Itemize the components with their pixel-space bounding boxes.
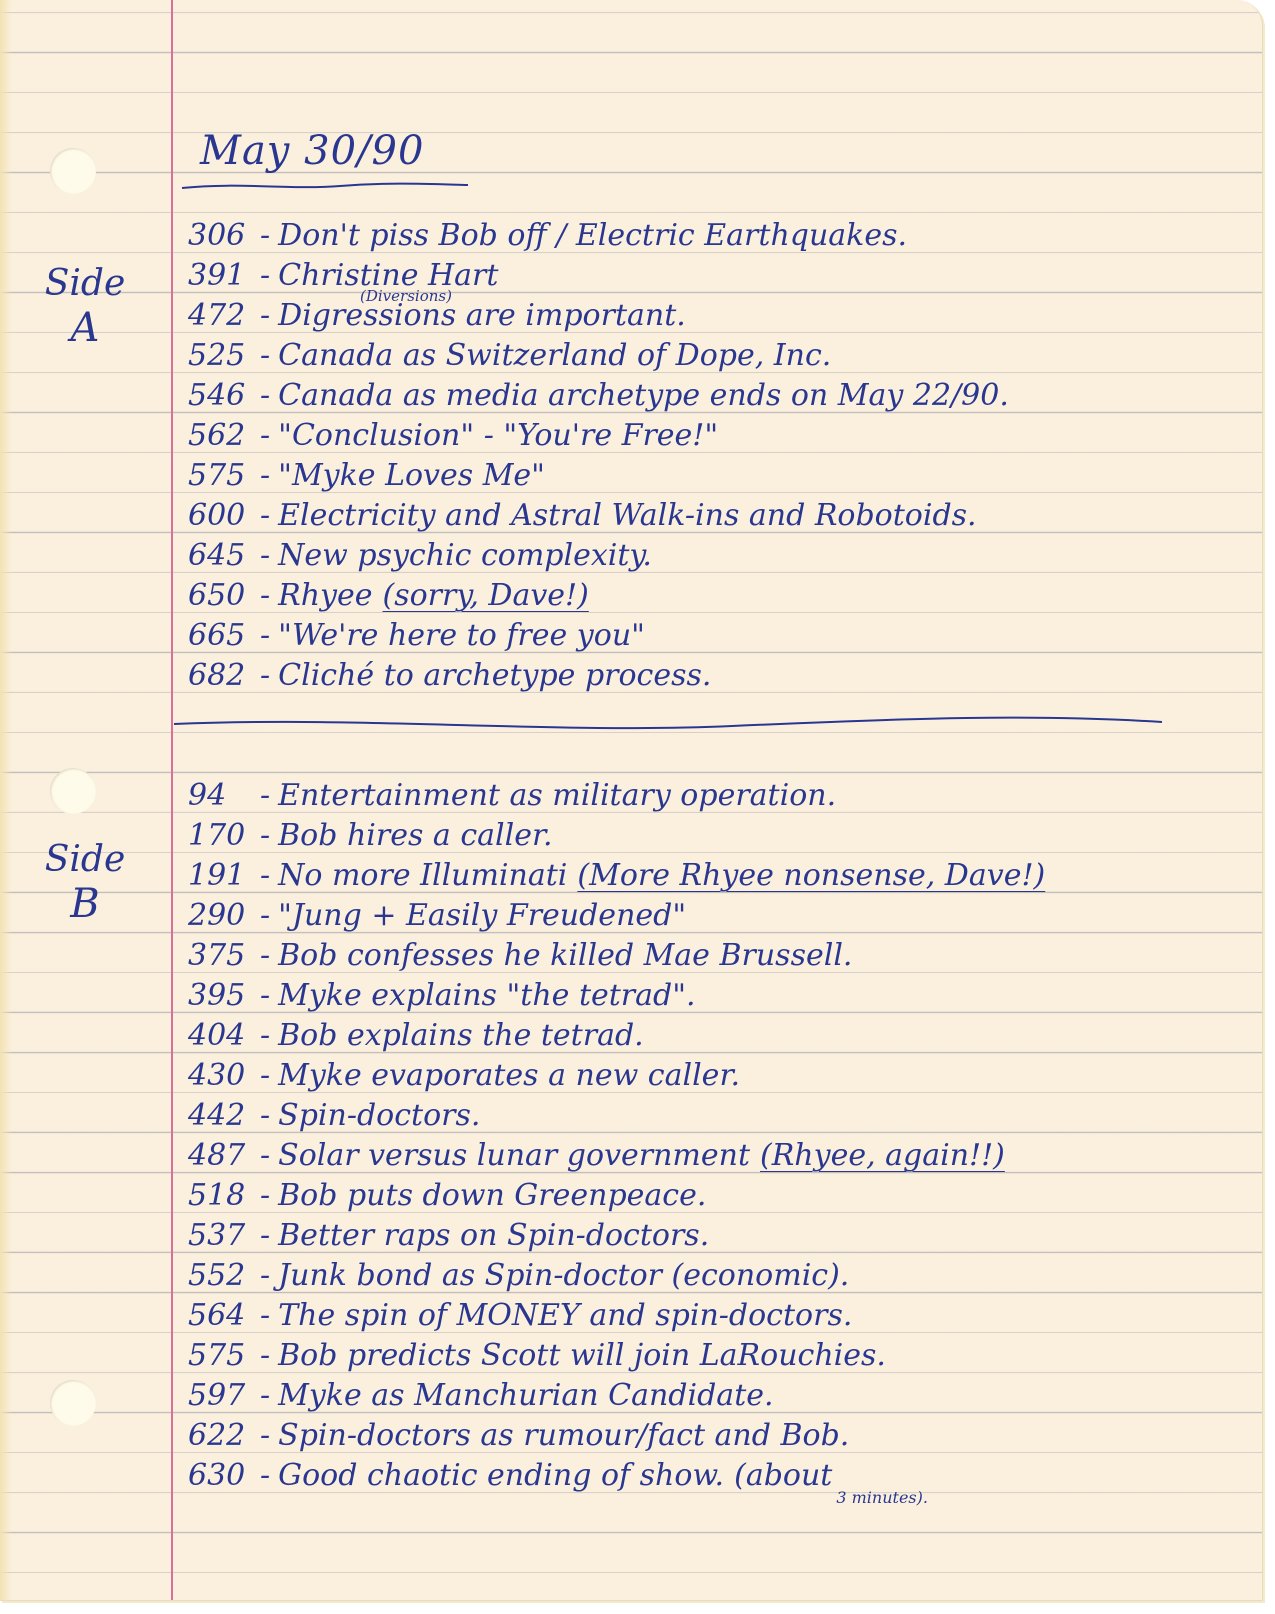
log-entry: 290-"Jung + Easily Freudened": [188, 896, 1248, 936]
entry-note: Bob hires a caller.: [278, 816, 552, 856]
log-entry: 597-Myke as Manchurian Candidate.: [188, 1376, 1248, 1416]
log-entry: 622-Spin-doctors as rumour/fact and Bob.: [188, 1416, 1248, 1456]
log-entry: 650-Rhyee(sorry, Dave!): [188, 576, 1248, 616]
entry-note: Canada as media archetype ends on May 22…: [278, 376, 1009, 416]
log-entry: 575-"Myke Loves Me": [188, 456, 1248, 496]
entry-aside: (sorry, Dave!): [383, 576, 589, 616]
tape-counter: 645: [188, 536, 258, 576]
tape-counter: 537: [188, 1216, 258, 1256]
notebook-page: May 30/90 Side A (Diversions) 306-Don't …: [0, 0, 1263, 1601]
tape-counter: 546: [188, 376, 258, 416]
tape-counter: 597: [188, 1376, 258, 1416]
tape-counter: 472: [188, 296, 258, 336]
entry-dash: -: [260, 856, 270, 896]
log-entry: 518-Bob puts down Greenpeace.: [188, 1176, 1248, 1216]
punch-hole-bottom: [50, 1380, 96, 1426]
log-entry: 564-The spin of MONEY and spin-doctors.: [188, 1296, 1248, 1336]
entry-note: Better raps on Spin-doctors.: [278, 1216, 709, 1256]
punch-hole-top: [50, 148, 96, 194]
entry-dash: -: [260, 776, 270, 816]
log-entry: 546-Canada as media archetype ends on Ma…: [188, 376, 1248, 416]
entry-note: Myke as Manchurian Candidate.: [278, 1376, 773, 1416]
entry-note: Christine Hart: [278, 256, 498, 296]
entry-dash: -: [260, 536, 270, 576]
entry-dash: -: [260, 376, 270, 416]
log-entry: 682-Cliché to archetype process.: [188, 656, 1248, 696]
entry-dash: -: [260, 256, 270, 296]
tape-counter: 191: [188, 856, 258, 896]
tape-counter: 564: [188, 1296, 258, 1336]
tape-counter: 630: [188, 1456, 258, 1496]
tape-counter: 404: [188, 1016, 258, 1056]
entry-note: Myke explains "the tetrad".: [278, 976, 695, 1016]
tape-counter: 575: [188, 1336, 258, 1376]
tape-counter: 442: [188, 1096, 258, 1136]
log-entry: 600-Electricity and Astral Walk-ins and …: [188, 496, 1248, 536]
entry-note: Bob confesses he killed Mae Brussell.: [278, 936, 852, 976]
log-entry: 404-Bob explains the tetrad.: [188, 1016, 1248, 1056]
tape-counter: 650: [188, 576, 258, 616]
log-entry: 537-Better raps on Spin-doctors.: [188, 1216, 1248, 1256]
tape-counter: 375: [188, 936, 258, 976]
log-entry: 552-Junk bond as Spin-doctor (economic).: [188, 1256, 1248, 1296]
entry-note: The spin of MONEY and spin-doctors.: [278, 1296, 852, 1336]
side-a-entries: 306-Don't piss Bob off / Electric Earthq…: [188, 216, 1248, 696]
entry-note: Bob explains the tetrad.: [278, 1016, 644, 1056]
tape-counter: 562: [188, 416, 258, 456]
log-entry: 630-Good chaotic ending of show.(about3 …: [188, 1456, 1248, 1496]
entry-dash: -: [260, 1336, 270, 1376]
entry-dash: -: [260, 216, 270, 256]
entry-dash: -: [260, 656, 270, 696]
entry-dash: -: [260, 1456, 270, 1496]
side-b-entries: 94-Entertainment as military operation.1…: [188, 776, 1248, 1496]
entry-dash: -: [260, 496, 270, 536]
entry-aside: (More Rhyee nonsense, Dave!): [577, 856, 1045, 896]
log-entry: 375-Bob confesses he killed Mae Brussell…: [188, 936, 1248, 976]
entry-dash: -: [260, 1296, 270, 1336]
entry-dash: -: [260, 976, 270, 1016]
entry-dash: -: [260, 1136, 270, 1176]
entry-footnote: 3 minutes).: [836, 1478, 928, 1518]
entry-dash: -: [260, 1216, 270, 1256]
entry-note: Rhyee: [278, 576, 372, 616]
tape-counter: 395: [188, 976, 258, 1016]
entry-dash: -: [260, 1096, 270, 1136]
side-b-word: Side: [45, 839, 126, 880]
tape-counter: 575: [188, 456, 258, 496]
log-entry: 391-Christine Hart: [188, 256, 1248, 296]
log-entry: 442-Spin-doctors.: [188, 1096, 1248, 1136]
tape-counter: 430: [188, 1056, 258, 1096]
entry-dash: -: [260, 616, 270, 656]
log-entry: 562-"Conclusion" - "You're Free!": [188, 416, 1248, 456]
margin-line: [171, 0, 173, 1600]
entry-dash: -: [260, 576, 270, 616]
tape-counter: 290: [188, 896, 258, 936]
entry-dash: -: [260, 1176, 270, 1216]
tape-counter: 518: [188, 1176, 258, 1216]
entry-dash: -: [260, 936, 270, 976]
punch-hole-middle: [50, 768, 96, 814]
tape-counter: 391: [188, 256, 258, 296]
side-a-word: Side: [45, 263, 126, 304]
log-entry: 472-Digressions are important.: [188, 296, 1248, 336]
entry-note: Junk bond as Spin-doctor (economic).: [278, 1256, 849, 1296]
tape-counter: 170: [188, 816, 258, 856]
log-entry: 575-Bob predicts Scott will join LaRouch…: [188, 1336, 1248, 1376]
tape-counter: 682: [188, 656, 258, 696]
tape-counter: 525: [188, 336, 258, 376]
entry-note: Myke evaporates a new caller.: [278, 1056, 740, 1096]
entry-note: New psychic complexity.: [278, 536, 652, 576]
entry-note: Bob puts down Greenpeace.: [278, 1176, 706, 1216]
tape-counter: 94: [188, 776, 258, 816]
entry-dash: -: [260, 1056, 270, 1096]
entry-dash: -: [260, 1016, 270, 1056]
tape-counter: 552: [188, 1256, 258, 1296]
entry-dash: -: [260, 296, 270, 336]
entry-aside: (Rhyee, again!!): [760, 1136, 1005, 1176]
entry-note: "We're here to free you": [278, 616, 645, 656]
log-entry: 395-Myke explains "the tetrad".: [188, 976, 1248, 1016]
log-entry: 306-Don't piss Bob off / Electric Earthq…: [188, 216, 1248, 256]
tape-counter: 665: [188, 616, 258, 656]
entry-note: Cliché to archetype process.: [278, 656, 711, 696]
log-entry: 430-Myke evaporates a new caller.: [188, 1056, 1248, 1096]
entry-dash: -: [260, 336, 270, 376]
date-underline: [180, 182, 470, 190]
tape-counter: 622: [188, 1416, 258, 1456]
entry-note: Spin-doctors.: [278, 1096, 480, 1136]
entry-note: Canada as Switzerland of Dope, Inc.: [278, 336, 831, 376]
side-a-label: Side A: [30, 262, 140, 350]
log-entry: 525-Canada as Switzerland of Dope, Inc.: [188, 336, 1248, 376]
entry-dash: -: [260, 456, 270, 496]
entry-note: Digressions are important.: [278, 296, 686, 336]
entry-note: "Jung + Easily Freudened": [278, 896, 686, 936]
entry-dash: -: [260, 896, 270, 936]
entry-dash: -: [260, 1256, 270, 1296]
entry-note: No more Illuminati: [278, 856, 567, 896]
tape-counter: 306: [188, 216, 258, 256]
entry-aside: (about: [734, 1456, 832, 1496]
entry-dash: -: [260, 816, 270, 856]
entry-note: Solar versus lunar government: [278, 1136, 750, 1176]
entry-note: Good chaotic ending of show.: [278, 1456, 724, 1496]
side-b-letter: B: [30, 882, 140, 926]
entry-dash: -: [260, 416, 270, 456]
side-a-letter: A: [30, 306, 140, 350]
log-entry: 170-Bob hires a caller.: [188, 816, 1248, 856]
side-b-label: Side B: [30, 838, 140, 926]
entry-dash: -: [260, 1376, 270, 1416]
log-entry: 191-No more Illuminati(More Rhyee nonsen…: [188, 856, 1248, 896]
page-edge-shadow: [0, 0, 12, 1600]
tape-counter: 487: [188, 1136, 258, 1176]
tape-counter: 600: [188, 496, 258, 536]
entry-note: Don't piss Bob off / Electric Earthquake…: [278, 216, 907, 256]
date-heading: May 30/90: [200, 128, 424, 174]
entry-note: Entertainment as military operation.: [278, 776, 836, 816]
log-entry: 665-"We're here to free you": [188, 616, 1248, 656]
entry-note: "Myke Loves Me": [278, 456, 545, 496]
section-divider: [172, 712, 1172, 732]
entry-note: "Conclusion" - "You're Free!": [278, 416, 718, 456]
log-entry: 487-Solar versus lunar government(Rhyee,…: [188, 1136, 1248, 1176]
log-entry: 94-Entertainment as military operation.: [188, 776, 1248, 816]
entry-note: Spin-doctors as rumour/fact and Bob.: [278, 1416, 849, 1456]
log-entry: 645-New psychic complexity.: [188, 536, 1248, 576]
entry-note: Electricity and Astral Walk-ins and Robo…: [278, 496, 976, 536]
entry-note: Bob predicts Scott will join LaRouchies.: [278, 1336, 886, 1376]
entry-dash: -: [260, 1416, 270, 1456]
